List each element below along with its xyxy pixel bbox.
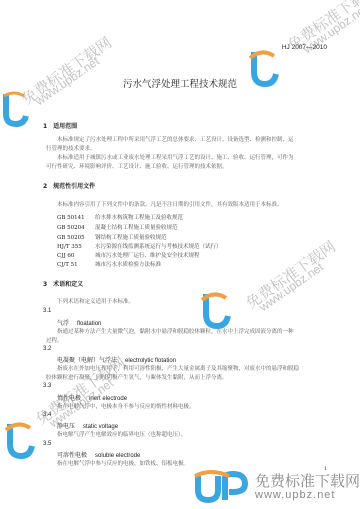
reference-title: 钢结构工程施工质量验收规范 [95,235,167,241]
paragraph: 可行性研究、环境影响评价、工艺设计、施工验收、运行管理的技术依据。 [46,163,328,173]
term-en: static voltage [83,424,118,430]
reference-title: 给水排水构筑物工程施工及验收规范 [95,215,183,221]
reference-code: CJ/T 51 [57,262,95,268]
section-heading-2: 2 规范性引用文件 [43,181,95,190]
reference-code: GB 50204 [57,225,95,231]
reference-item: GB 50204混凝土结构工程施工质量验收规范 [57,223,178,231]
reference-code: GB 50141 [57,215,95,221]
standard-number: HJ 2007—2010 [282,44,327,51]
term-zh: 电凝聚（电解）气浮法 [57,357,117,364]
reference-item: GB 50205钢结构工程施工质量验收规范 [57,233,167,241]
reference-code: GB 50205 [57,235,95,241]
reference-title: 城市污水处理厂运行、维护及安全技术规程 [95,253,200,259]
term-en: inert electrode [89,396,127,402]
term-definition: 过程。 [46,337,328,347]
reference-title: 城市污水水质检验方法标准 [95,262,161,268]
reference-item: GB 50141给水排水构筑物工程施工及验收规范 [57,213,183,221]
term-definition: 指在电解气浮中参与反应的电极，如铁板、铝板电极。 [57,460,327,470]
term-number: 3.2 [43,346,51,352]
reference-title: 混凝土结构工程施工质量验收规范 [95,225,178,231]
term-heading: 静电压static voltage [57,421,118,430]
watermark-text: 免费标准下载网 [17,32,115,109]
term-number: 3.5 [43,441,51,447]
term-en: floatation [77,321,101,327]
paragraph: 本标准内容引用了下列文件中的条款。凡是不注日期的引用文件，其有效版本适用于本标准… [57,201,327,211]
up-logo-icon [193,470,251,504]
term-zh: 惰性电极 [57,395,81,402]
section-heading-1: 1 适用范围 [43,121,77,130]
term-heading: 气浮floatation [57,318,101,327]
term-zh: 气浮 [57,320,69,327]
up-logo-icon [2,90,32,130]
document-title: 污水气浮处理工程技术规范 [0,76,360,90]
term-zh: 静电压 [57,423,75,430]
section-heading-3: 3 术语和定义 [43,279,83,288]
brand-url: www.upbz.net [255,489,360,501]
term-number: 3.3 [43,383,51,389]
term-heading: 电凝聚（电解）气浮法electrolytic flotation [57,355,176,364]
term-heading: 可溶性电极soluble electrode [57,450,140,459]
term-number: 3.1 [43,308,51,314]
reference-item: CJJ 60城市污水处理厂运行、维护及安全技术规程 [57,251,200,259]
brand-name: 免费标准下载网 [255,473,360,489]
term-heading: 惰性电极inert electrode [57,393,127,402]
reference-item: HJ/T 355水污染源在线监测系统运行与考核技术规范（试行） [57,242,222,250]
reference-code: CJJ 60 [57,253,95,259]
document-page: HJ 2007—2010 污水气浮处理工程技术规范 1 适用范围 本标准规定了污… [0,0,360,509]
term-number: 3.4 [43,412,51,418]
reference-code: HJ/T 355 [57,244,95,250]
term-definition: 指在电解气浮中，电极本身不参与反应的惰性材料电极。 [57,403,327,413]
up-logo-icon [4,420,38,464]
term-definition: 胶体颗粒进行凝聚，同时阴极产生氢气，与絮体发生黏附，从而上浮分离。 [46,374,328,384]
paragraph: 下列术语和定义适用于本标准。 [57,298,327,308]
term-zh: 可溶性电极 [57,452,87,459]
brand-watermark: 免费标准下载网 www.upbz.net [193,470,360,504]
reference-title: 水污染源在线监测系统运行与考核技术规范（试行） [95,244,222,250]
reference-item: CJ/T 51城市污水水质检验方法标准 [57,260,161,268]
term-en: electrolytic flotation [125,358,176,364]
term-en: soluble electrode [95,453,140,459]
term-definition: 指电解气浮产生电解效应的临界电压（也称超电压）。 [57,431,327,441]
